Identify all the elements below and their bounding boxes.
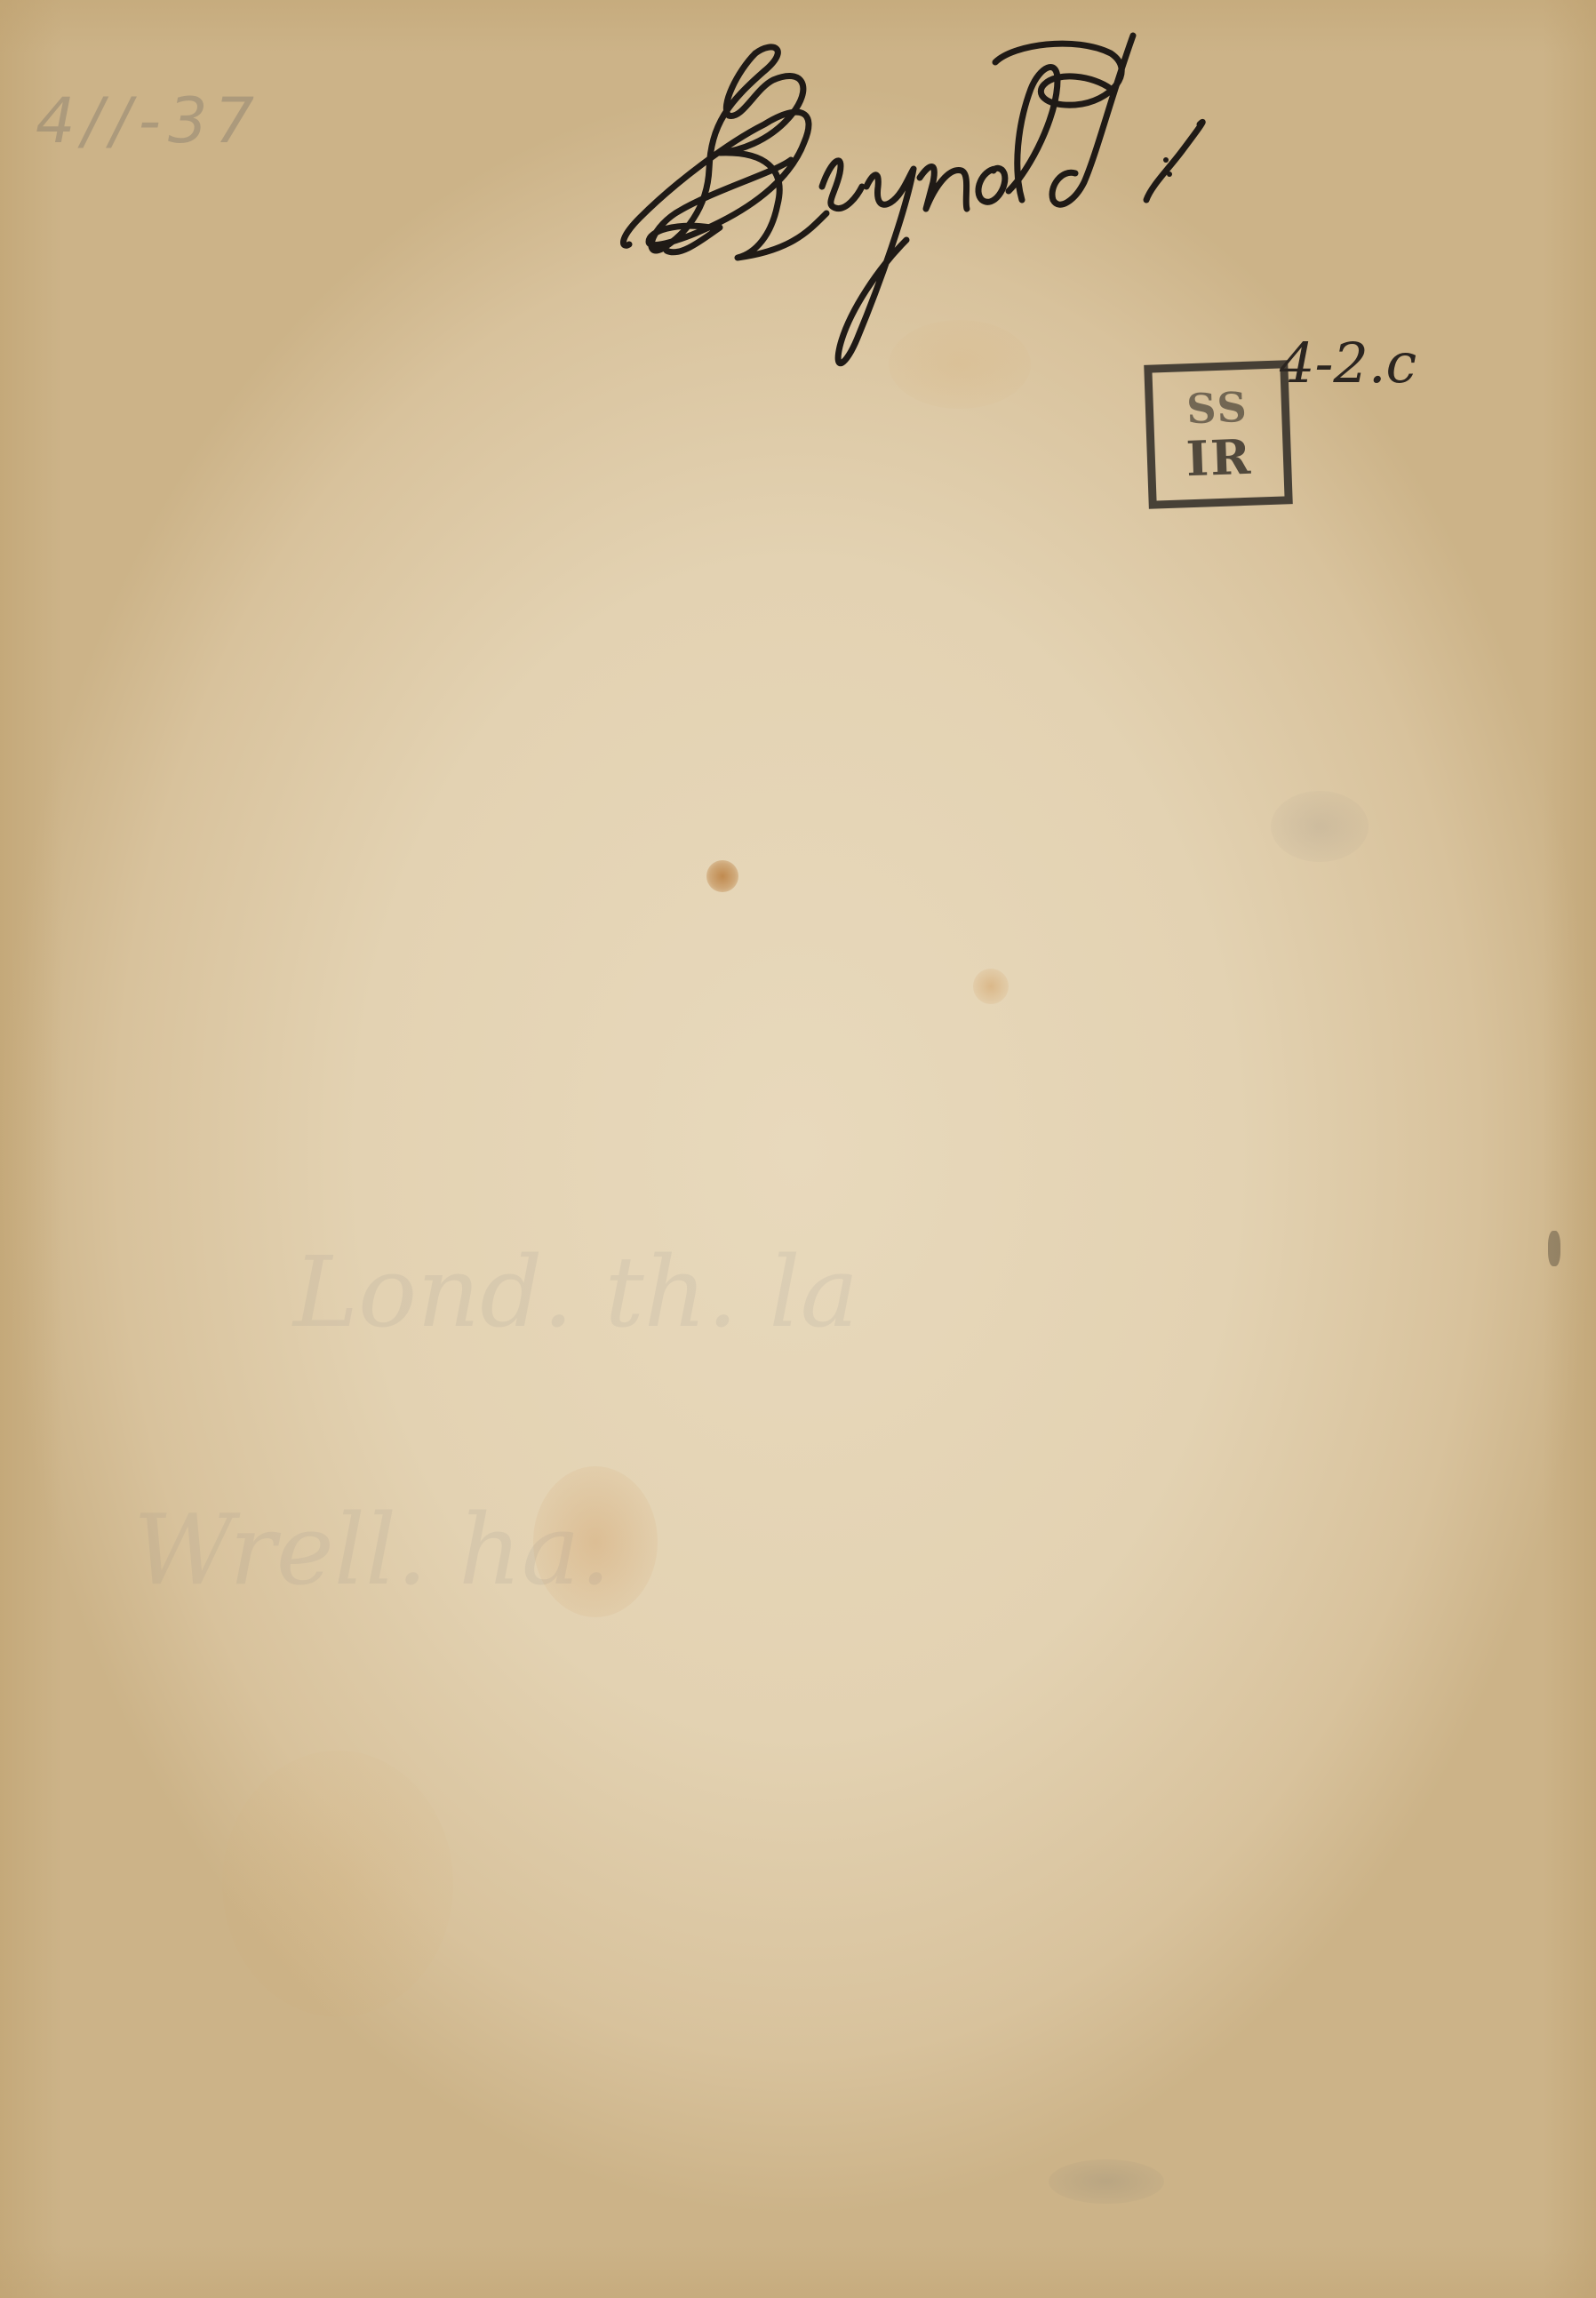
shelfmark-annotation: 4-2.c — [1280, 331, 1416, 395]
stamp-line-1: SS — [1185, 387, 1249, 429]
book-page: 4//-37 Lond. th. la Wrell. ha. SS IR 4-2… — [0, 0, 1596, 2298]
page-edge-shadow-right — [1543, 0, 1596, 2298]
faint-erased-text: Lond. th. la — [293, 1235, 858, 1349]
foxing-spot — [706, 860, 738, 892]
foxing-spot — [1271, 791, 1369, 862]
smudge — [1049, 2159, 1164, 2204]
library-stamp: SS IR — [1144, 360, 1293, 509]
foxing-spot — [222, 1751, 453, 2017]
page-edge-shadow-bottom — [0, 2245, 1596, 2298]
page-edge-shadow-left — [0, 0, 62, 2298]
stamp-line-2: IR — [1185, 433, 1253, 483]
ink-speck — [1548, 1231, 1560, 1266]
foxing-spot — [973, 969, 1009, 1004]
handwritten-signature — [613, 18, 1466, 382]
pencil-annotation: 4//-37 — [36, 84, 261, 157]
faint-erased-text: Wrell. ha. — [133, 1493, 611, 1607]
